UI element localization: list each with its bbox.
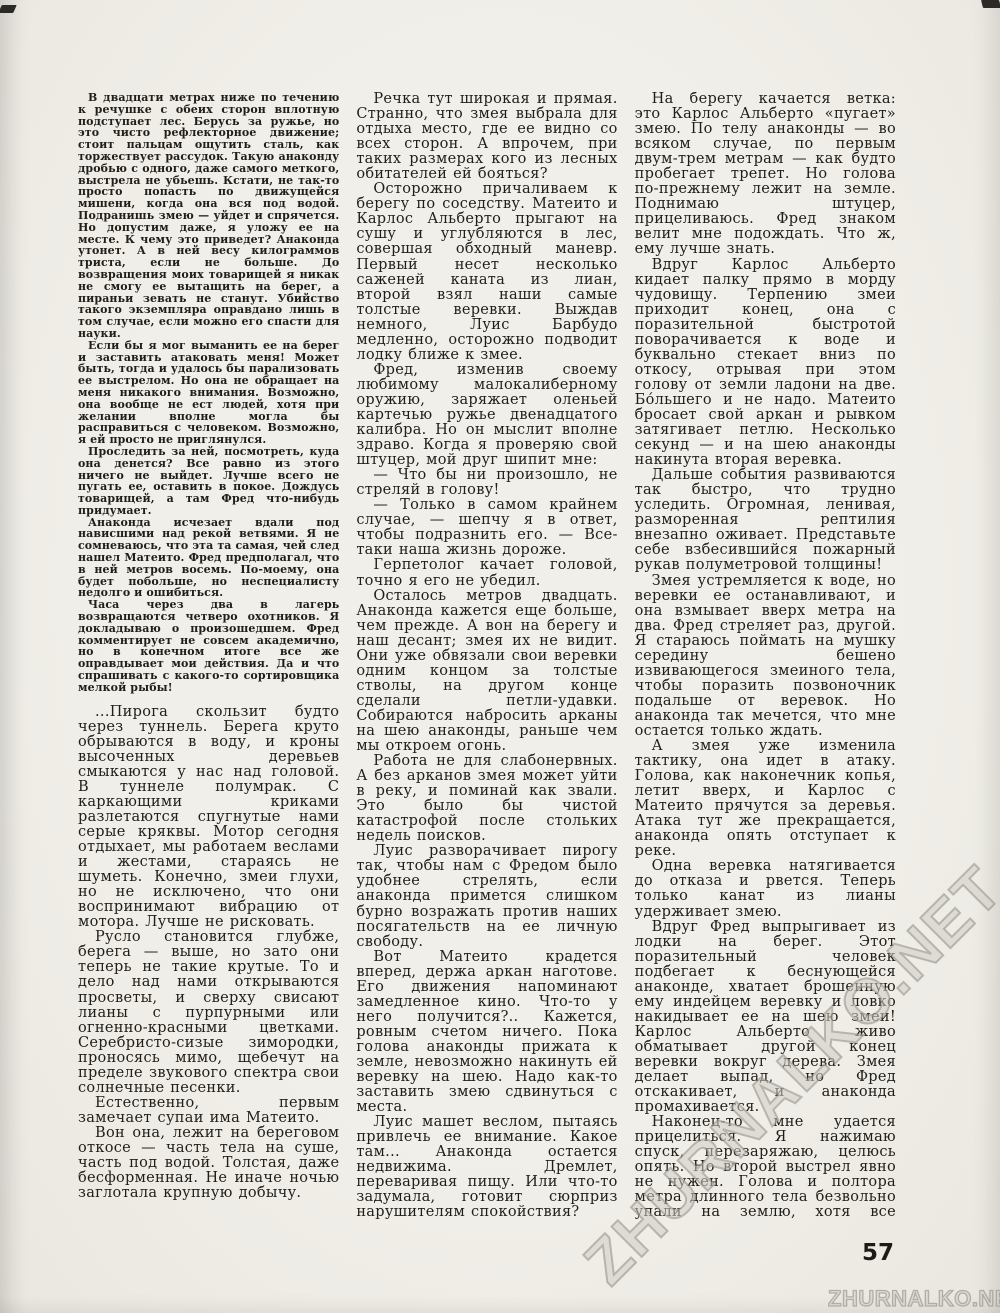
magazine-page-scan: В двадцати метрах ниже по течению к речу… (0, 0, 1000, 1313)
dialogue-paragraph: — Только в самом крайнем случае, — шепчу… (356, 498, 617, 558)
body-paragraph: Одна веревка натягивается до отказа и рв… (635, 859, 896, 919)
dialogue-paragraph: — Что бы ни произошло, не стреляй в голо… (356, 468, 617, 498)
page-number: 57 (862, 1240, 894, 1266)
body-paragraph: Луис машет веслом, пытаясь привлечь ее в… (356, 1115, 617, 1220)
scan-artifact-top-right (981, 0, 1000, 8)
body-paragraph: Фред, изменив своему любимому малокалибе… (356, 363, 617, 468)
body-paragraph: Луис разворачивает пирогу так, чтобы нам… (356, 844, 617, 949)
body-paragraph: Естественно, первым замечает супаи има М… (78, 1096, 339, 1126)
body-paragraph: А змея уже изменила тактику, она идет в … (635, 739, 896, 859)
body-paragraph: Дальше события развиваются так быстро, ч… (635, 468, 896, 573)
body-paragraph: Вдруг Фред выпрыгивает из лодки на берег… (635, 920, 896, 1116)
body-paragraph: Осталось метров двадцать. Анаконда кажет… (356, 589, 617, 755)
body-paragraph: Вот Матеито крадется вперед, держа аркан… (356, 950, 617, 1116)
body-paragraph: Змея устремляется к воде, но веревки ее … (635, 574, 896, 740)
article-text-columns: В двадцати метрах ниже по течению к речу… (78, 92, 896, 1222)
scan-artifact-top-left (0, 5, 17, 13)
body-paragraph: Вдруг Карлос Альберто кидает палку прямо… (635, 258, 896, 469)
body-paragraph: На берегу качается ветка: это Карлос Аль… (635, 92, 896, 258)
body-paragraph: Русло становится глубже, берега — выше, … (78, 930, 339, 1096)
intro-paragraph: Если бы я мог выманить ее на берег и зас… (78, 340, 339, 446)
body-paragraph: Осторожно причаливаем к берегу по соседс… (356, 182, 617, 363)
intro-paragraph: Проследить за ней, посмотреть, куда она … (78, 446, 339, 517)
body-paragraph: ...Пирога скользит будто через туннель. … (78, 705, 339, 931)
body-paragraph: Герпетолог качает головой, точно я его н… (356, 558, 617, 588)
body-paragraph: Работа не для слабонервных. А без аркано… (356, 754, 617, 844)
intro-paragraph: В двадцати метрах ниже по течению к речу… (78, 92, 339, 340)
intro-paragraph: Анаконда исчезает вдали под нависшими на… (78, 517, 339, 600)
body-paragraph: Речка тут широкая и прямая. Странно, что… (356, 92, 617, 182)
watermark-bottom-right: ZHURNALKO.NET (828, 1286, 1000, 1312)
body-paragraph: Вон она, лежит на береговом откосе — час… (78, 1126, 339, 1201)
intro-paragraph: Часа через два в лагерь возвращаются чет… (78, 599, 339, 693)
